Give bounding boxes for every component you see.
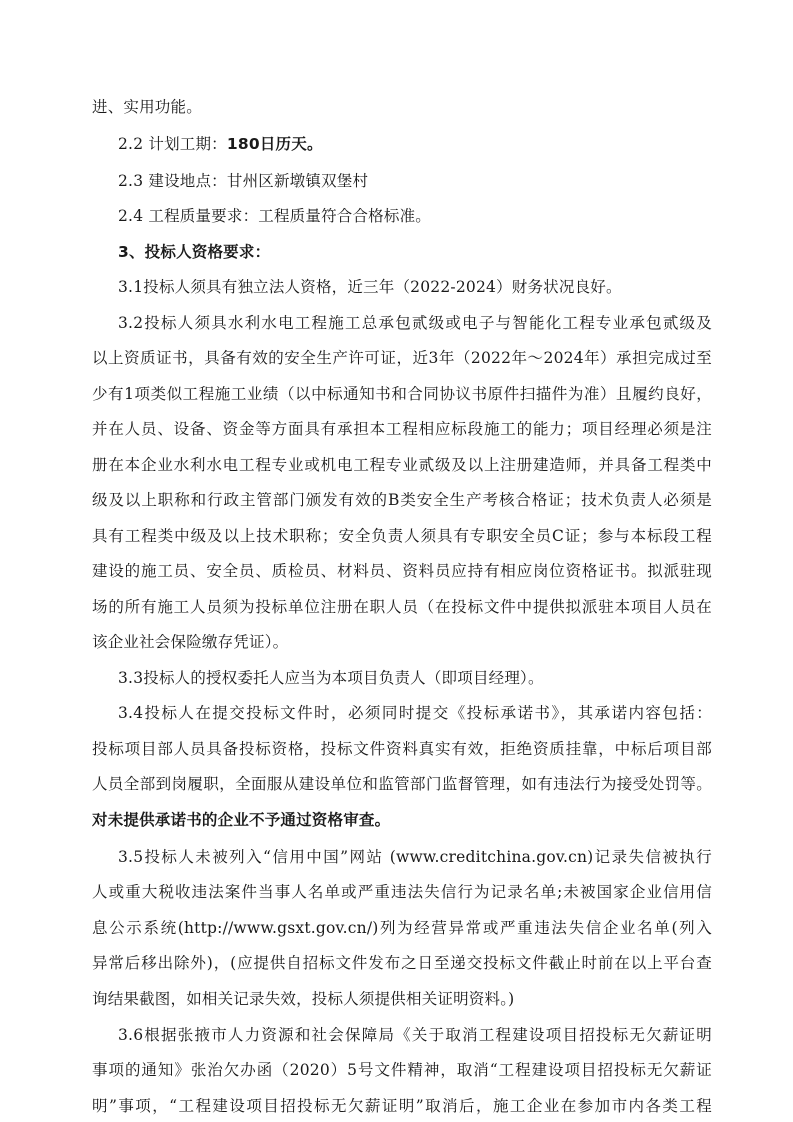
paragraph-line: 人员全部到岗履职，全面服从建设单位和监管部门监督管理，如有违法行为接受处罚等。 [92, 774, 712, 794]
document-page: 进、实用功能。 2.2 计划工期：180日历天。 2.3 建设地点：甘州区新墩镇… [0, 0, 793, 1122]
paragraph-line: 询结果截图，如相关记录失效，投标人须提供相关证明资料。) [92, 989, 712, 1009]
paragraph-line: 场的所有施工人员须为投标单位注册在职人员（在投标文件中提供拟派驻本项目人员在 [92, 597, 712, 617]
paragraph-line: 3.6根据张掖市人力资源和社会保障局《关于取消工程建设项目招投标无欠薪证明 [118, 1025, 712, 1045]
paragraph-line: 3.3投标人的授权委托人应当为本项目负责人（即项目经理）。 [118, 668, 738, 688]
paragraph-line: 3.1投标人须具有独立法人资格，近三年（2022-2024）财务状况良好。 [118, 277, 738, 297]
paragraph-line: 建设的施工员、安全员、质检员、材料员、资料员应持有相应岗位资格证书。拟派驻现 [92, 561, 712, 581]
paragraph-line: 3.4投标人在提交投标文件时，必须同时提交《投标承诺书》，其承诺内容包括： [118, 703, 712, 723]
paragraph-line: 进、实用功能。 [92, 97, 712, 117]
paragraph-line: 人或重大税收违法案件当事人名单或严重违法失信行为记录名单;未被国家企业信用信 [92, 882, 712, 902]
paragraph-line: 具有工程类中级及以上技术职称；安全负责人须具有专职安全员C证；参与本标段工程 [92, 526, 712, 546]
paragraph-line: 册在本企业水利水电工程专业或机电工程专业贰级及以上注册建造师，并具备工程类中 [92, 455, 712, 475]
schedule-label: 2.2 计划工期： [118, 135, 227, 153]
paragraph-line: 少有1项类似工程施工业绩（以中标通知书和合同协议书原件扫描件为准）且履约良好， [92, 384, 712, 404]
schedule-line: 2.2 计划工期：180日历天。 [118, 134, 738, 154]
schedule-value: 180日历天。 [227, 135, 323, 153]
paragraph-line: 以上资质证书，具备有效的安全生产许可证，近3年（2022年～2024年）承担完成… [92, 348, 712, 368]
paragraph-line: 级及以上职称和行政主管部门颁发有效的B类安全生产考核合格证；技术负责人必须是 [92, 490, 712, 510]
location-line: 2.3 建设地点：甘州区新墩镇双堡村 [118, 171, 738, 191]
paragraph-line: 并在人员、设备、资金等方面具有承担本工程相应标段施工的能力；项目经理必须是注 [92, 419, 712, 439]
section-heading: 3、投标人资格要求： [118, 242, 738, 262]
paragraph-line: 投标项目部人员具备投标资格，投标文件资料真实有效，拒绝资质挂靠，中标后项目部 [92, 739, 712, 759]
quality-line: 2.4 工程质量要求：工程质量符合合格标准。 [118, 206, 738, 226]
paragraph-line: 异常后移出除外)，(应提供自招标文件发布之日至递交投标文件截止时前在以上平台查 [92, 953, 712, 973]
paragraph-line: 3.5投标人未被列入“信用中国”网站 (www.creditchina.gov.… [118, 847, 712, 867]
paragraph-line: 事项的通知》张治欠办函（2020）5号文件精神，取消“工程建设项目招投标无欠薪证 [92, 1060, 712, 1080]
paragraph-line: 明”事项，“工程建设项目招投标无欠薪证明”取消后，施工企业在参加市内各类工程 [92, 1096, 712, 1116]
paragraph-line: 息公示系统(http://www.gsxt.gov.cn/)列为经营异常或严重违… [92, 918, 712, 938]
paragraph-line: 3.2投标人须具水利水电工程施工总承包贰级或电子与智能化工程专业承包贰级及 [118, 313, 712, 333]
paragraph-line: 该企业社会保险缴存凭证）。 [92, 632, 712, 652]
bold-notice: 对未提供承诺书的企业不予通过资格审查。 [92, 810, 712, 830]
